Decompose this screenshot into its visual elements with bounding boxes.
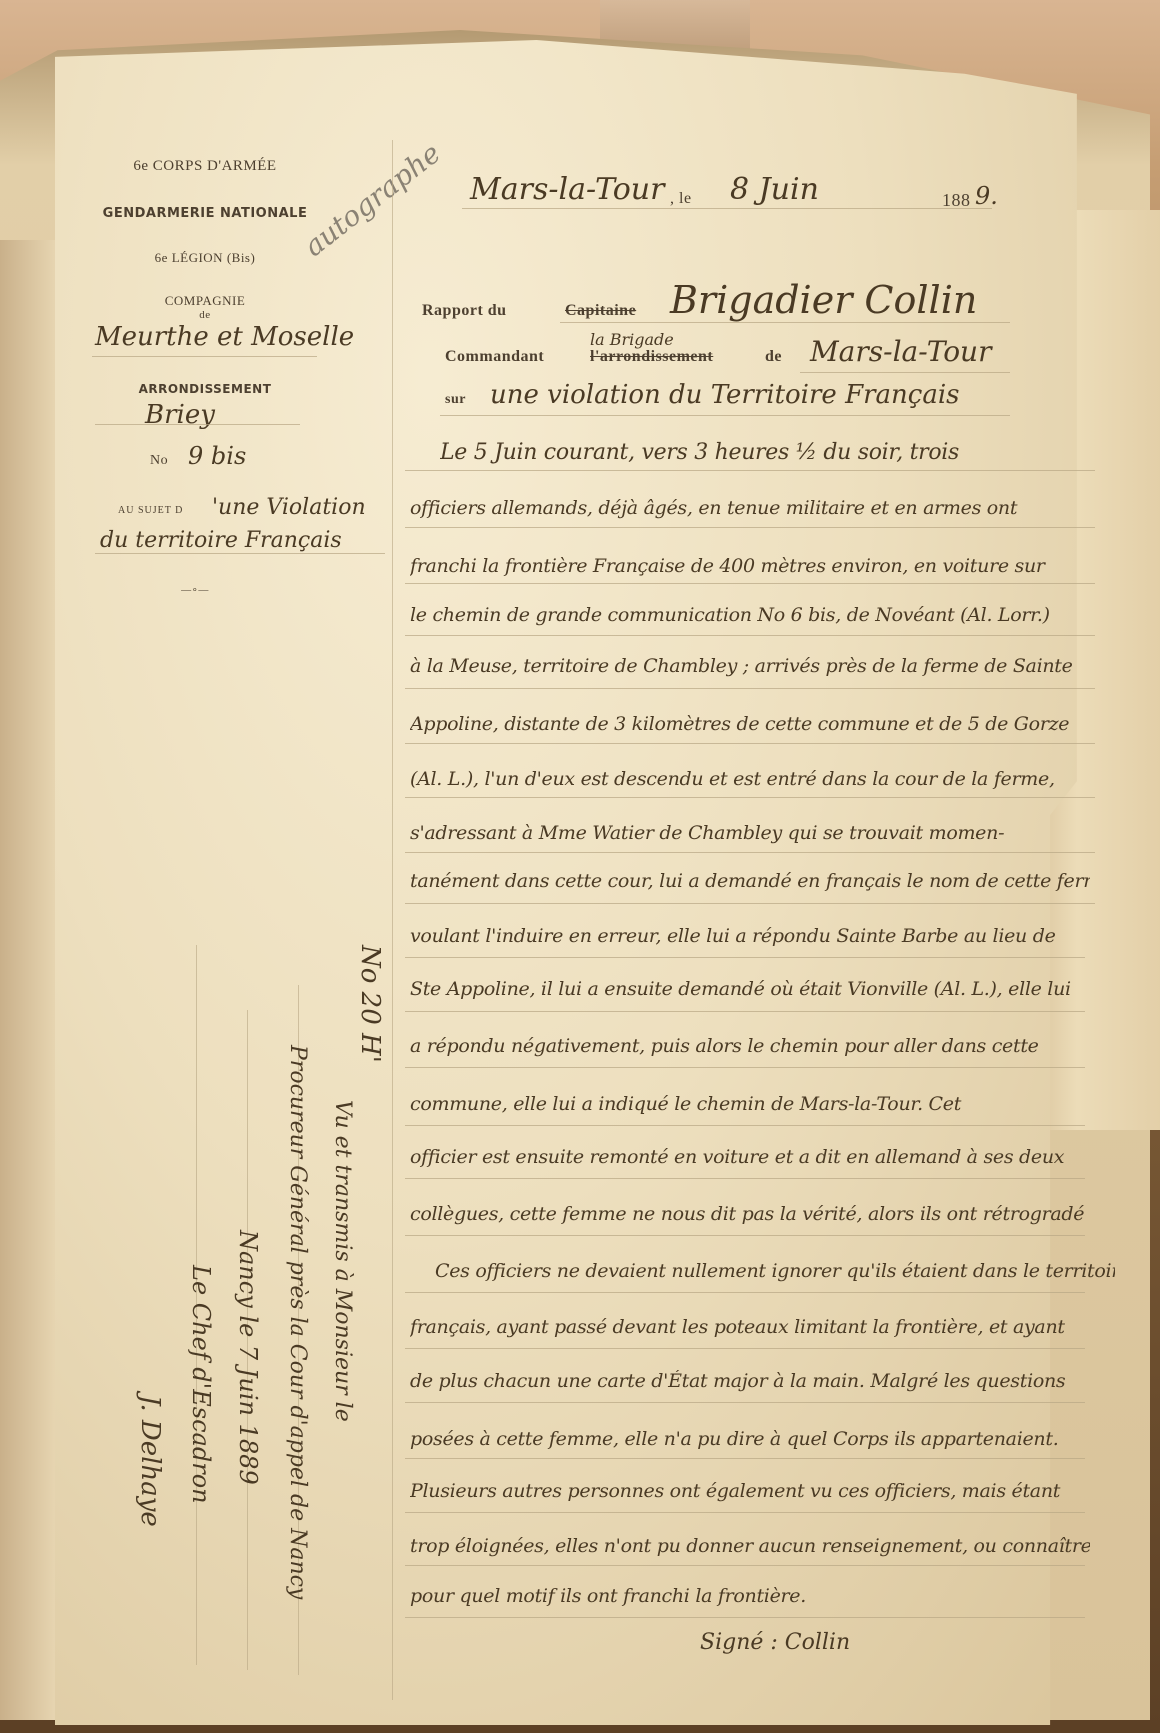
sujet-label: AU SUJET D (118, 505, 183, 516)
ruled-line (405, 1565, 1085, 1566)
sur-label: sur (445, 392, 466, 408)
ruled-line (405, 1067, 1085, 1068)
body-line: collègues, cette femme ne nous dit pas l… (410, 1203, 1090, 1225)
struck-capitaine: Capitaine (565, 302, 636, 320)
compagnie-label: COMPAGNIE (90, 293, 320, 309)
le-label: , le (670, 190, 692, 208)
subject-rule (440, 415, 1010, 416)
rapport-label: Rapport du (422, 302, 507, 320)
body-line: Ces officiers ne devaient nullement igno… (435, 1260, 1115, 1282)
arrondissement-rule (95, 424, 300, 425)
body-line: Le 5 Juin courant, vers 3 heures ½ du so… (440, 440, 1120, 465)
numero-value: 9 bis (188, 442, 246, 470)
place-name: Mars-la-Tour (470, 172, 664, 207)
ruled-line (405, 1348, 1085, 1349)
compagnie-value: Meurthe et Moselle (95, 322, 354, 352)
commandant-label: Commandant (445, 348, 544, 366)
brigade-location: Mars-la-Tour (810, 335, 991, 368)
margin-line-3: Nancy le 7 Juin 1889 (234, 1230, 262, 1485)
body-line: Appoline, distante de 3 kilomètres de ce… (410, 713, 1090, 735)
body-line: trop éloignées, elles n'ont pu donner au… (410, 1535, 1090, 1557)
folder-spine (0, 240, 60, 1720)
ruled-line (405, 1292, 1085, 1293)
body-line: de plus chacun une carte d'État major à … (410, 1370, 1090, 1392)
body-line: tanément dans cette cour, lui a demandé … (410, 870, 1090, 892)
ruled-line (405, 797, 1095, 798)
column-divider (392, 140, 393, 1700)
margin-line-4: Le Chef d'Escadron (187, 1265, 215, 1504)
body-line: posées à cette femme, elle n'a pu dire à… (410, 1428, 1090, 1450)
ruled-line (405, 1178, 1085, 1179)
body-line: Ste Appoline, il lui a ensuite demandé o… (410, 978, 1090, 1000)
body-line: Plusieurs autres personnes ont également… (410, 1480, 1090, 1502)
body-line: officier est ensuite remonté en voiture … (410, 1146, 1090, 1168)
ruled-line (405, 1458, 1085, 1459)
date-day-month: 8 Juin (730, 172, 819, 207)
body-line: officiers allemands, déjà âgés, en tenue… (410, 497, 1090, 519)
ruled-line (405, 1617, 1085, 1618)
ruled-line (405, 852, 1095, 853)
sujet-value-cont: du territoire Français (100, 528, 342, 553)
de-label: de (765, 348, 782, 366)
ruled-line (405, 470, 1095, 471)
body-line: à la Meuse, territoire de Chambley ; arr… (410, 655, 1090, 677)
ruled-line (405, 688, 1095, 689)
body-line: commune, elle lui a indiqué le chemin de… (410, 1093, 1090, 1115)
ruled-line (405, 903, 1095, 904)
ruled-line (405, 957, 1085, 958)
numero-label: No (150, 453, 168, 469)
margin-line-1: Vu et transmis à Monsieur le (330, 1100, 355, 1422)
arrondissement-label: ARRONDISSEMENT (90, 382, 320, 396)
ruled-line (405, 1011, 1085, 1012)
compagnie-rule (92, 356, 317, 357)
body-line: a répondu négativement, puis alors le ch… (410, 1035, 1090, 1057)
ruled-line (405, 1125, 1085, 1126)
body-line: français, ayant passé devant les poteaux… (410, 1316, 1090, 1338)
body-line: pour quel motif ils ont franchi la front… (410, 1585, 1090, 1607)
corps-label: 6e CORPS D'ARMÉE (90, 158, 320, 175)
body-line: s'adressant à Mme Watier de Chambley qui… (410, 822, 1090, 844)
date-rule (462, 208, 992, 209)
body-line: franchi la frontière Française de 400 mè… (410, 555, 1090, 577)
inserted-la-brigade: la Brigade (590, 330, 674, 349)
arrondissement-value: Briey (145, 400, 215, 430)
body-line: (Al. L.), l'un d'eux est descendu et est… (410, 768, 1090, 790)
body-line: le chemin de grande communication No 6 b… (410, 604, 1090, 626)
ruled-line (405, 1512, 1085, 1513)
reporter-rank-name: Brigadier Collin (670, 278, 977, 322)
sujet-value: 'une Violation (212, 495, 366, 520)
ruled-line (405, 1402, 1085, 1403)
sujet-rule (95, 553, 385, 554)
body-line: voulant l'induire en erreur, elle lui a … (410, 925, 1090, 947)
ruled-line (405, 743, 1095, 744)
margin-number: No 20 H' (355, 945, 385, 1063)
de-label: de (90, 309, 320, 321)
ruled-line (405, 1235, 1085, 1236)
struck-arrondissement: l'arrondissement (590, 348, 713, 366)
year-suffix: 9. (975, 182, 998, 210)
margin-line-2: Procureur Général près la Cour d'appel d… (285, 1045, 310, 1599)
ruled-line (405, 635, 1095, 636)
ruled-line (405, 583, 1095, 584)
signature: Signé : Collin (700, 1630, 850, 1655)
legion-label: 6e LÉGION (Bis) (90, 250, 320, 266)
rapport-rule (560, 322, 1010, 323)
letterhead-separator: —∘— (130, 585, 260, 596)
report-subject: une violation du Territoire Français (490, 380, 960, 410)
margin-signature: J. Delhaye (135, 1395, 165, 1527)
location-rule (800, 372, 1010, 373)
ruled-line (405, 527, 1095, 528)
gendarmerie-label: GENDARMERIE NATIONALE (90, 206, 320, 221)
